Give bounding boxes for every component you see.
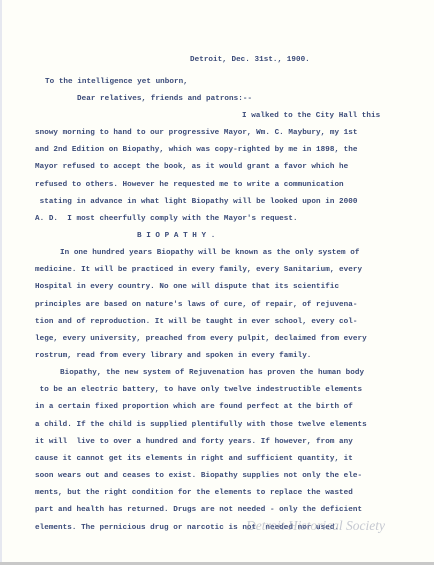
body-line: in a certain fixed proportion which are … <box>35 402 353 412</box>
watermark-text: Detroit Historical Society <box>246 518 385 534</box>
body-line: snowy morning to hand to our progressive… <box>35 128 358 138</box>
body-line: In one hundred years Biopathy will be kn… <box>60 248 359 258</box>
typewritten-letter-page: Detroit, Dec. 31st., 1900. To the intell… <box>0 0 434 562</box>
body-line: cause it cannot get its elements in righ… <box>35 454 353 464</box>
body-line: principles are based on nature's laws of… <box>35 300 358 310</box>
salutation-line-1: To the intelligence yet unborn, <box>45 77 188 87</box>
body-line: Hospital in every country. No one will d… <box>35 282 339 292</box>
body-line: soon wears out and ceases to exist. Biop… <box>35 471 362 481</box>
body-line: to be an electric battery, to have only … <box>35 385 362 395</box>
body-line: Biopathy, the new system of Rejuvenation… <box>60 368 364 378</box>
body-line: refused to others. However he requested … <box>35 180 344 190</box>
body-line: ments, but the right condition for the e… <box>35 488 353 498</box>
section-heading: B I O P A T H Y . <box>137 231 215 241</box>
body-line: rostrum, read from every library and spo… <box>35 351 311 361</box>
body-line: lege, every university, preached from ev… <box>35 334 367 344</box>
body-line: and 2nd Edition on Biopathy, which was c… <box>35 145 358 155</box>
body-line: I walked to the City Hall this <box>242 111 380 121</box>
body-line: part and health has returned. Drugs are … <box>35 505 362 515</box>
body-line: it will live to over a hundred and forty… <box>35 437 353 447</box>
body-line: Mayor refused to accept the book, as it … <box>35 162 348 172</box>
salutation-line-2: Dear relatives, friends and patrons:-- <box>77 94 252 104</box>
body-line: medicine. It will be practiced in every … <box>35 265 362 275</box>
body-line: tion and of reproduction. It will be tau… <box>35 317 358 327</box>
body-line: A. D. I most cheerfully comply with the … <box>35 214 298 224</box>
body-line: stating in advance in what light Biopath… <box>35 197 358 207</box>
body-line: a child. If the child is supplied plenti… <box>35 420 367 430</box>
dateline: Detroit, Dec. 31st., 1900. <box>190 55 310 65</box>
